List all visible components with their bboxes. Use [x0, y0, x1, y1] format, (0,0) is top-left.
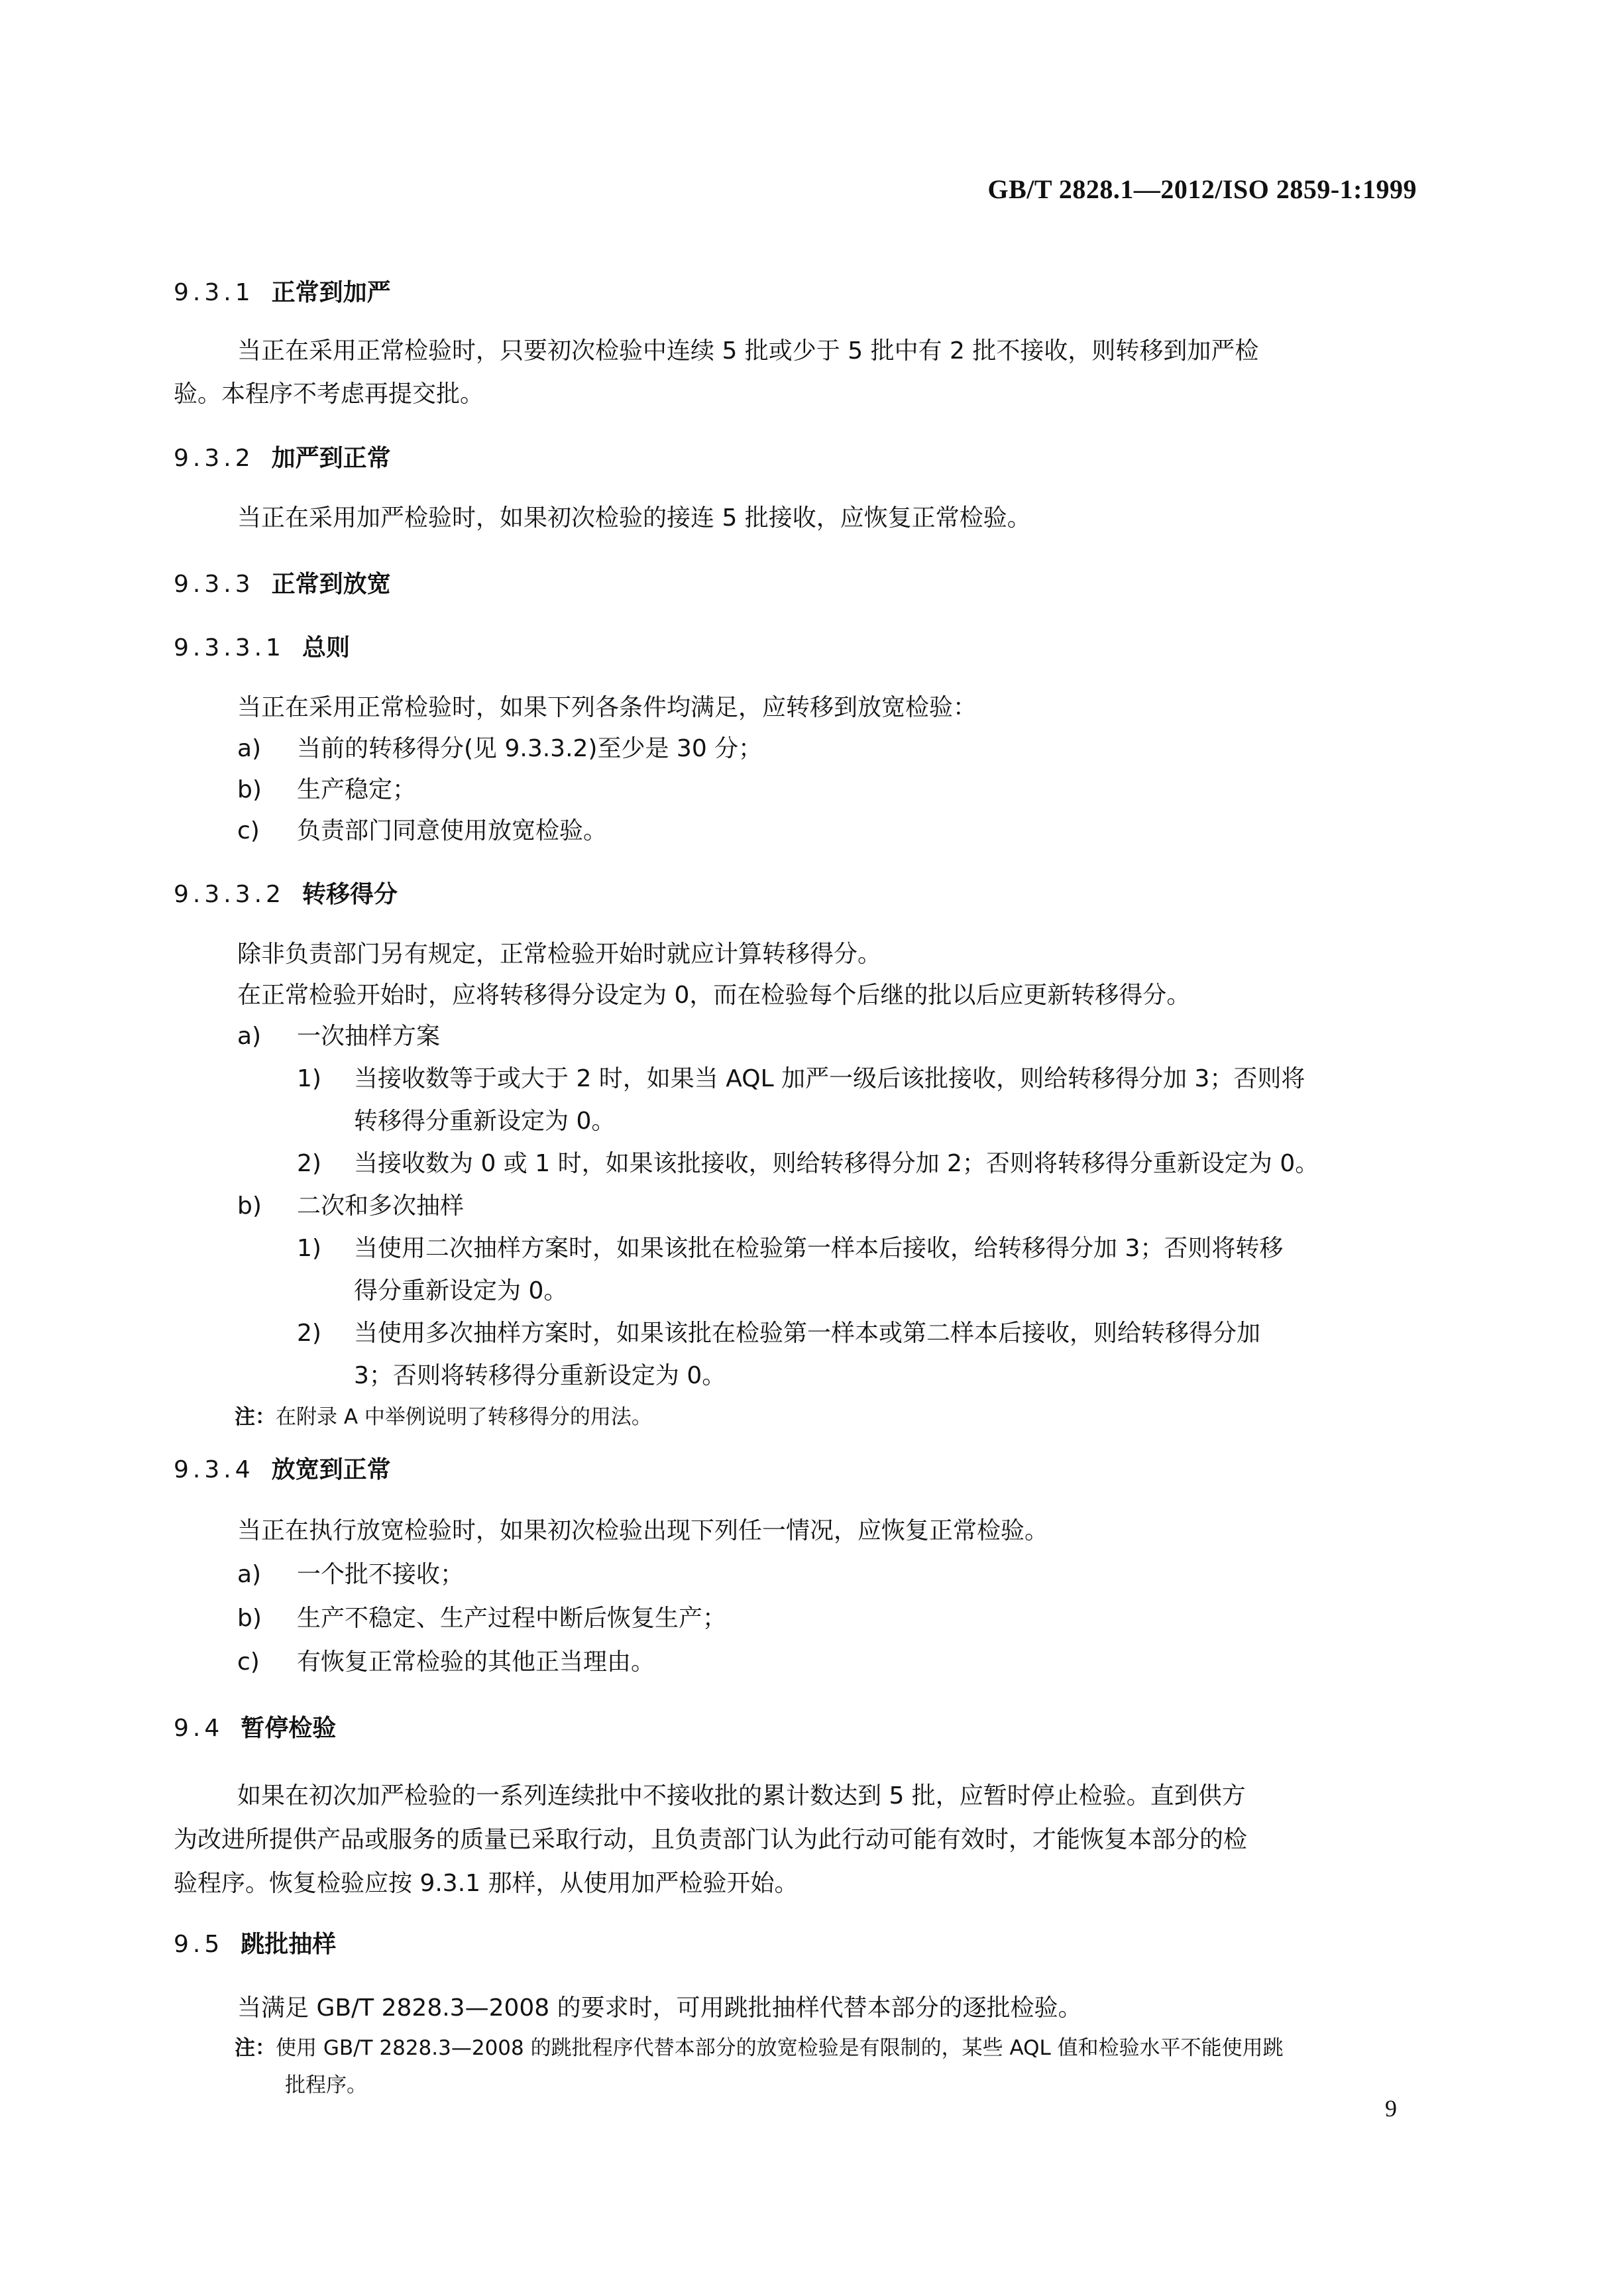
section-heading-9-3-2: 9.3.2加严到正常 [174, 445, 391, 472]
paragraph-9-3-3-2-line1: 除非负责部门另有规定，正常检验开始时就应计算转移得分。 [237, 941, 881, 968]
section-number: 9.5 [174, 1931, 223, 1958]
list-item-text: 生产稳定； [297, 776, 416, 803]
section-number: 9.4 [174, 1715, 223, 1742]
list-item: c)负责部门同意使用放宽检验。 [237, 818, 607, 844]
sub-list-item-continuation: 得分重新设定为 0。 [354, 1278, 567, 1304]
section-heading-9-3-3: 9.3.3正常到放宽 [174, 571, 391, 598]
sub-list-item-continuation: 3；否则将转移得分重新设定为 0。 [354, 1363, 726, 1389]
note-9-3-3-2: 注：在附录 A 中举例说明了转移得分的用法。 [235, 1404, 652, 1430]
paragraph-9-3-2: 当正在采用加严检验时，如果初次检验的接连 5 批接收，应恢复正常检验。 [237, 505, 1031, 532]
section-heading-9-3-3-1: 9.3.3.1总则 [174, 635, 350, 661]
section-heading-9-3-1: 9.3.1正常到加严 [174, 280, 391, 306]
list-marker: a) [237, 736, 297, 762]
list-item: c)有恢复正常检验的其他正当理由。 [237, 1649, 655, 1676]
note-text: 在附录 A 中举例说明了转移得分的用法。 [276, 1405, 652, 1429]
paragraph-9-3-3-1-intro: 当正在采用正常检验时，如果下列各条件均满足，应转移到放宽检验： [237, 695, 977, 721]
section-heading-9-3-4: 9.3.4放宽到正常 [174, 1457, 391, 1483]
section-number: 9.3.3.1 [174, 635, 285, 661]
section-title: 跳批抽样 [241, 1931, 336, 1958]
section-title: 加严到正常 [272, 445, 391, 472]
sub-list-item: 2)当使用多次抽样方案时，如果该批在检验第一样本或第二样本后接收，则给转移得分加 [297, 1320, 1260, 1347]
list-item: b)生产稳定； [237, 777, 416, 803]
list-marker: b) [237, 777, 297, 803]
section-heading-9-4: 9.4暂停检验 [174, 1715, 336, 1742]
note-9-5: 注：使用 GB/T 2828.3—2008 的跳批程序代替本部分的放宽检验是有限… [235, 2035, 1284, 2061]
list-item-text: 当使用二次抽样方案时，如果该批在检验第一样本后接收，给转移得分加 3；否则将转移 [354, 1235, 1283, 1262]
list-item-text: 当接收数等于或大于 2 时，如果当 AQL 加严一级后该批接收，则给转移得分加 … [354, 1065, 1305, 1092]
list-item-text: 当接收数为 0 或 1 时，如果该批接收，则给转移得分加 2；否则将转移得分重新… [354, 1150, 1319, 1177]
standard-id-header: GB/T 2828.1—2012/ISO 2859-1:1999 [987, 174, 1417, 205]
note-text: 使用 GB/T 2828.3—2008 的跳批程序代替本部分的放宽检验是有限制的… [276, 2036, 1284, 2060]
sub-list-item: 1)当使用二次抽样方案时，如果该批在检验第一样本后接收，给转移得分加 3；否则将… [297, 1235, 1283, 1262]
paragraph-9-4-line1: 如果在初次加严检验的一系列连续批中不接收批的累计数达到 5 批，应暂时停止检验。… [237, 1783, 1246, 1809]
list-marker: 1) [297, 1235, 354, 1262]
sub-list-item: 1)当接收数等于或大于 2 时，如果当 AQL 加严一级后该批接收，则给转移得分… [297, 1066, 1305, 1092]
section-number: 9.3.1 [174, 280, 254, 306]
note-label: 注： [235, 2036, 276, 2060]
list-item-text: 一个批不接收； [297, 1561, 464, 1588]
section-number: 9.3.4 [174, 1457, 254, 1483]
list-item: a)一个批不接收； [237, 1562, 464, 1588]
section-title: 转移得分 [302, 881, 398, 908]
paragraph-9-3-1-line2: 验。本程序不考虑再提交批。 [174, 381, 484, 408]
section-heading-9-5: 9.5跳批抽样 [174, 1931, 336, 1958]
section-number: 9.3.2 [174, 445, 254, 472]
list-marker: a) [237, 1023, 297, 1050]
list-item-b: b)二次和多次抽样 [237, 1193, 464, 1220]
sub-list-item: 2)当接收数为 0 或 1 时，如果该批接收，则给转移得分加 2；否则将转移得分… [297, 1151, 1319, 1177]
paragraph-9-3-1-line1: 当正在采用正常检验时，只要初次检验中连续 5 批或少于 5 批中有 2 批不接收… [237, 338, 1258, 365]
section-title: 正常到放宽 [272, 571, 391, 598]
paragraph-9-3-3-2-line2: 在正常检验开始时，应将转移得分设定为 0，而在检验每个后继的批以后应更新转移得分… [237, 982, 1190, 1009]
note-9-5-continuation: 批程序。 [285, 2072, 367, 2098]
list-marker: b) [237, 1193, 297, 1220]
list-marker: b) [237, 1605, 297, 1632]
list-item-text: 当使用多次抽样方案时，如果该批在检验第一样本或第二样本后接收，则给转移得分加 [354, 1320, 1260, 1347]
list-marker: a) [237, 1562, 297, 1588]
section-title: 暂停检验 [241, 1715, 336, 1742]
note-label: 注： [235, 1405, 276, 1429]
list-item-text: 当前的转移得分(见 9.3.3.2)至少是 30 分； [297, 735, 762, 762]
paragraph-9-3-4-intro: 当正在执行放宽检验时，如果初次检验出现下列任一情况，应恢复正常检验。 [237, 1518, 1048, 1544]
section-title: 正常到加严 [272, 279, 391, 306]
list-item-text: 有恢复正常检验的其他正当理由。 [297, 1648, 655, 1676]
list-item-text: 负责部门同意使用放宽检验。 [297, 817, 607, 844]
list-marker: 1) [297, 1066, 354, 1092]
list-item-a: a)一次抽样方案 [237, 1023, 440, 1050]
list-marker: 2) [297, 1151, 354, 1177]
list-marker: 2) [297, 1320, 354, 1347]
section-heading-9-3-3-2: 9.3.3.2转移得分 [174, 882, 398, 908]
list-item: b)生产不稳定、生产过程中断后恢复生产； [237, 1605, 726, 1632]
list-item-text: 生产不稳定、生产过程中断后恢复生产； [297, 1605, 726, 1632]
list-item: a)当前的转移得分(见 9.3.3.2)至少是 30 分； [237, 736, 762, 762]
list-marker: c) [237, 818, 297, 844]
list-marker: c) [237, 1649, 297, 1676]
section-title: 总则 [302, 634, 350, 661]
page-number: 9 [1385, 2095, 1397, 2122]
list-item-text: 二次和多次抽样 [297, 1192, 464, 1220]
list-item-text: 一次抽样方案 [297, 1023, 440, 1050]
section-number: 9.3.3 [174, 571, 254, 598]
paragraph-9-4-line2: 为改进所提供产品或服务的质量已采取行动，且负责部门认为此行动可能有效时，才能恢复… [174, 1827, 1247, 1853]
paragraph-9-4-line3: 验程序。恢复检验应按 9.3.1 那样，从使用加严检验开始。 [174, 1870, 799, 1897]
paragraph-9-5: 当满足 GB/T 2828.3—2008 的要求时，可用跳批抽样代替本部分的逐批… [237, 1995, 1082, 2022]
sub-list-item-continuation: 转移得分重新设定为 0。 [354, 1108, 615, 1135]
section-number: 9.3.3.2 [174, 882, 285, 908]
document-page: GB/T 2828.1—2012/ISO 2859-1:1999 9.3.1正常… [0, 0, 1601, 2296]
section-title: 放宽到正常 [272, 1456, 391, 1483]
